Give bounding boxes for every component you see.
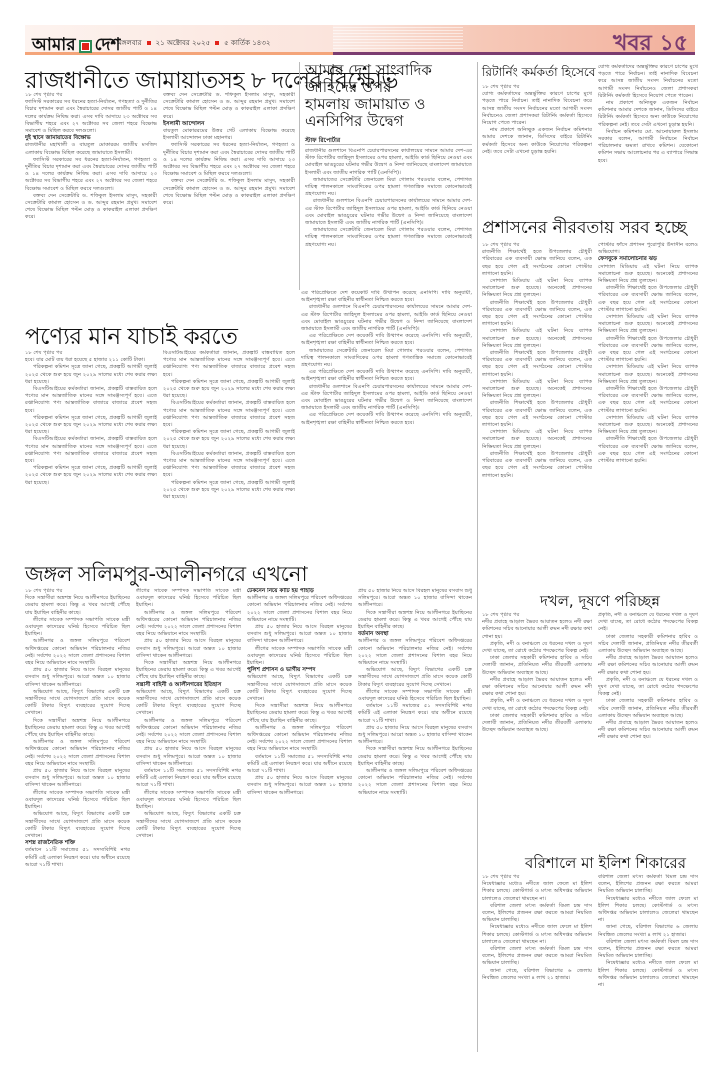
paragraph: দিকে সন্ত্রাসীরা অস্ত্রশস্ত্র নিয়ে আলীন… bbox=[25, 718, 130, 740]
paragraph: জানা গেছে, বরিশাল বিভাগের ৬ জেলায় নিবন্… bbox=[482, 968, 592, 982]
paragraph: বিএসটিআইয়ের কর্মকর্তারা জানান, প্রকল্পট… bbox=[163, 350, 295, 379]
paragraph: অভিযোগ আছে, বিদ্যুৎ বিভাগের একটি চক্র সন… bbox=[25, 811, 130, 840]
paragraph: যোগ্য কর্মকর্তাদের অন্তর্ভুক্তির কারণে চ… bbox=[598, 64, 698, 100]
brand-logo: আমার দেশ bbox=[32, 32, 120, 60]
paragraph: নদীর প্রবাহে আড়াল ভৈরব আয়াতন হলেও নদী … bbox=[598, 655, 698, 677]
headline-prosashon: প্রশাসনের নীরবতায় সরব হচ্ছে bbox=[482, 215, 687, 243]
paragraph: নদীর প্রবাহে আড়াল ভৈরব আয়াতন হলেও নদী … bbox=[482, 677, 592, 699]
subheading: ফেসবুকে সমালোচনার ঝড় bbox=[598, 256, 698, 263]
paragraph: ফ্যাসিস্ট সরকারের সব ধরনের হত্যা-নির্যাত… bbox=[163, 142, 295, 178]
paragraph: নিষেধাজ্ঞার মধ্যেও নদীতে জাল ফেলে মা ইলি… bbox=[482, 881, 592, 903]
paragraph: সোশ্যাল মিডিয়ায় এই ঘটনা নিয়ে ব্যাপক স… bbox=[482, 429, 592, 451]
separator-dot-icon bbox=[147, 41, 151, 45]
paragraph: জামায়াতের সেক্রেটারি জেনারেল মিয়া গোলা… bbox=[301, 348, 472, 370]
article-bikkhobh-col2: বক্তব্য দেন সেক্রেটারি ড. শফিকুল ইসলাম ম… bbox=[163, 92, 295, 290]
article-dokhol-col2: প্রকৃতি, নদী ও বনাঞ্চলে যে ধরনের দখল ও দ… bbox=[598, 612, 698, 844]
paragraph: বরিশাল জেলা মৎস্য কর্মকর্তা বিমল চন্দ্র … bbox=[598, 939, 698, 961]
article-dokhol-col1: ১৮ শেষ পৃষ্ঠার পর নদীর প্রবাহে আড়াল ভৈর… bbox=[482, 612, 592, 844]
paragraph: পরিকল্পনা কমিশন সূত্রে জানা গেছে, প্রকল্… bbox=[25, 415, 157, 437]
date-gregorian: ২১ অক্টোবর ২০২৫ bbox=[156, 37, 211, 49]
paragraph: এর পরিপ্রেক্ষিতে দেশ কয়েকটি দাবি উত্থাপ… bbox=[301, 333, 472, 347]
paragraph: প্রকৃতি, নদী ও বনাঞ্চলে যে ধরনের দখল ও দ… bbox=[598, 612, 698, 634]
paragraph: ঢাকা জেলার সহকারী কমিশনার হাবিব ও সচিব দ… bbox=[482, 713, 592, 735]
dateline: মঙ্গলবার ২১ অক্টোবর ২০২৫ ৫ কার্তিক ১৪৩২ bbox=[118, 37, 270, 49]
article-ponno-col2: বিএসটিআইয়ের কর্মকর্তারা জানান, প্রকল্পট… bbox=[163, 350, 295, 558]
paragraph: অভিযোগ আছে, বিদ্যুৎ বিভাগের একটি চক্র সন… bbox=[136, 811, 241, 840]
paragraph: নাম প্রকাশে অনিচ্ছুক একজন নির্বাচন কমিশন… bbox=[482, 127, 592, 156]
headline-line: এনসিপির উদ্বেগ bbox=[305, 113, 432, 130]
decorative-stripes bbox=[333, 27, 463, 51]
paragraph: রাজনীতি শিক্ষার্থেই হতে উপজেলার চৌধুরী প… bbox=[482, 400, 592, 429]
paragraph: রাজনীতি শিক্ষার্থেই হতে উপজেলার চৌধুরী প… bbox=[598, 436, 698, 465]
paragraph: বিএসটিআইয়ের কর্মকর্তারা জানান, প্রকল্পট… bbox=[25, 386, 157, 415]
paragraph: জামায়াতের সেক্রেটারি জেনারেল মিয়া গোলা… bbox=[305, 177, 472, 199]
paragraph: রাজনীতি শিক্ষার্থেই হতে উপজেলার চৌধুরী প… bbox=[482, 350, 592, 379]
paragraph: রাজধানীর গুলশানে বিএনপি চেয়ারপারসনের কা… bbox=[301, 304, 472, 333]
paragraph: দিকে সন্ত্রাসীরা অস্ত্রশস্ত্র নিয়ে আলীন… bbox=[136, 660, 241, 682]
paragraph: বিএসটিআইয়ের কর্মকর্তারা জানান, প্রকল্পট… bbox=[163, 400, 295, 429]
article-prosashon-col2: পোস্টার ফাঁসে প্রশাসন পুরোপুরি উদাসীন বল… bbox=[598, 242, 698, 587]
paragraph: রাজধানীর গুলশানে বিএনপি চেয়ারপারসনের কা… bbox=[305, 148, 472, 177]
paragraph: ঢাকা জেলার সহকারী কমিশনার হাবিব ও সচিব দ… bbox=[598, 698, 698, 720]
paragraph: অভিযোগ আছে, বিদ্যুৎ বিভাগের একটি চক্র সন… bbox=[136, 689, 241, 718]
paragraph: জানা গেছে, বরিশাল বিভাগের ৬ জেলায় নিবন্… bbox=[598, 924, 698, 938]
headline-line: জাহিদের ওপর bbox=[305, 79, 432, 96]
paragraph: বিএসটিআইয়ের কর্মকর্তারা জানান, প্রকল্পট… bbox=[163, 451, 295, 480]
paragraph: লীগের সাবেক সম্পাদক সভাপতি সাবেক মন্ত্রী… bbox=[25, 617, 130, 639]
paragraph: বর্তমানে ১১টি সমাজের ৫১ সদস্যবিশিষ্ট নগর… bbox=[136, 768, 241, 790]
paragraph: প্রায় ৫০ হাজার নিয়ে আসে বিরহল মানুষের … bbox=[247, 624, 352, 646]
paragraph: পরিকল্পনা কমিশন সূত্রে জানা গেছে, প্রকল্… bbox=[25, 364, 157, 386]
paragraph: সোশ্যাল মিডিয়ায় এই ঘটনা নিয়ে ব্যাপক স… bbox=[598, 415, 698, 437]
article-jongol-col3: টেকনেন নিয়ে কাটি হয় পাহাড় আলীনগর ও জঙ… bbox=[247, 588, 352, 1058]
paragraph: দিকে সন্ত্রাসীরা অস্ত্রশস্ত্র নিয়ে আলীন… bbox=[358, 610, 472, 632]
paragraph: এর পরিপ্রেক্ষিতে দেশ কয়েকটি দাবি উত্থাপ… bbox=[301, 412, 472, 426]
paragraph: এর পরিপ্রেক্ষিতে দেশ কয়েকটি দাবি উত্থাপ… bbox=[301, 369, 472, 383]
headline-line: আমার দেশ সাংবাদিক bbox=[305, 62, 432, 79]
paragraph: রাজনীতি শিক্ষার্থেই হতে উপজেলার চৌধুরী প… bbox=[598, 336, 698, 365]
paragraph: রাজনীতি শিক্ষার্থেই হতে উপজেলার চৌধুরী প… bbox=[482, 451, 592, 480]
paragraph: প্রায় ৫০ হাজার নিয়ে আসে বিরহল মানুষের … bbox=[25, 667, 130, 689]
article-jongol-col2: লীগের সাবেক সম্পাদক সভাপতি সাবেক মন্ত্রী… bbox=[136, 588, 241, 1058]
paragraph: আলীনগর ও জঙ্গল সলিমপুরে পরিবেশ অধিদপ্তরে… bbox=[136, 718, 241, 747]
day: মঙ্গলবার bbox=[118, 37, 142, 49]
paragraph: প্রকৃতি, নদী ও বনাঞ্চলে যে ধরনের দখল ও দ… bbox=[482, 641, 592, 655]
paragraph: প্রায় ৫০ হাজার নিয়ে আসে বিরহল মানুষের … bbox=[358, 725, 472, 747]
paragraph: আলীনগর ও জঙ্গল সলিমপুরে পরিবেশ অধিদপ্তরে… bbox=[358, 638, 472, 667]
column-rule bbox=[299, 62, 300, 290]
section-label: খবর bbox=[613, 30, 652, 56]
paragraph: আলীনগর ও জঙ্গল সলিমপুরে পরিবেশ অধিদপ্তরে… bbox=[247, 725, 352, 754]
paragraph: বর্তমানে ১১টি সমাজের ৫১ সদস্যবিশিষ্ট নগর… bbox=[25, 847, 130, 869]
paragraph: পরিকল্পনা কমিশন সূত্রে জানা গেছে, প্রকল্… bbox=[163, 379, 295, 401]
subheading: ইসলামী আন্দোলন bbox=[163, 121, 295, 128]
paragraph: রাজনীতি শিক্ষার্থেই হতে উপজেলার চৌধুরী প… bbox=[598, 386, 698, 415]
paragraph: আলীনগর ও জঙ্গল সলিমপুরে পরিবেশ অধিদপ্তরে… bbox=[358, 768, 472, 797]
paragraph: নিষেধাজ্ঞার মধ্যেও নদীতে জাল ফেলে মা ইলি… bbox=[598, 896, 698, 925]
paragraph: ফ্যাসিস্ট সরকারের সব ধরনের হত্যা-নির্যাত… bbox=[25, 99, 157, 135]
paragraph: অভিযোগ আছে, বিদ্যুৎ বিভাগের একটি চক্র সন… bbox=[25, 689, 130, 718]
paragraph: লীগের সাবেক সম্পাদক সভাপতি সাবেক মন্ত্রী… bbox=[25, 790, 130, 812]
paragraph: নিষেধাজ্ঞার মধ্যেও নদীতে জাল ফেলে মা ইলি… bbox=[598, 960, 698, 989]
paragraph: রাজধানীর মহাখালী ও বায়তুল মোকাররম জাতীয… bbox=[25, 142, 157, 156]
brand-left: আমার bbox=[32, 32, 76, 60]
article-prosashon-col1: ১৮ শেষ পৃষ্ঠার পর রাজনীতি শিক্ষার্থেই হত… bbox=[482, 242, 592, 587]
headline-returning: রিটার্নিং কর্মকর্তা হিসেবে bbox=[482, 64, 595, 84]
article-ilish-col2: বরিশাল জেলা মৎস্য কর্মকর্তা বিমল চন্দ্র … bbox=[598, 874, 698, 1054]
brand-right: দেশ bbox=[95, 32, 121, 60]
paragraph: প্রায় ৫০ হাজার নিয়ে আসে বিরহল মানুষের … bbox=[358, 588, 472, 610]
paragraph: বিএসটিআইয়ের কর্মকর্তারা জানান, প্রকল্পট… bbox=[25, 436, 157, 465]
paragraph: নদীর প্রবাহে আড়াল ভৈরব আয়াতন হলেও নদী … bbox=[482, 619, 592, 641]
paragraph: অভিযোগ আছে, বিদ্যুৎ বিভাগের একটি চক্র সন… bbox=[358, 667, 472, 689]
paragraph: প্রায় ৫০ হাজার নিয়ে আসে বিরহল মানুষের … bbox=[136, 746, 241, 768]
paragraph: সোশ্যাল মিডিয়ায় এই ঘটনা নিয়ে ব্যাপক স… bbox=[482, 278, 592, 300]
paragraph: প্রায় ৫০ হাজার নিয়ে আসে বিরহল মানুষের … bbox=[136, 638, 241, 660]
paragraph: বরিশাল জেলা মৎস্য কর্মকর্তা বিমল চন্দ্র … bbox=[598, 874, 698, 896]
paragraph: যোগ্য কর্মকর্তাদের অন্তর্ভুক্তির কারণে চ… bbox=[482, 91, 592, 127]
paragraph: সোশ্যাল মিডিয়ায় এই ঘটনা নিয়ে ব্যাপক স… bbox=[482, 328, 592, 350]
paragraph: রাজধানীর গুলশানে বিএনপি চেয়ারপারসনের কা… bbox=[305, 198, 472, 227]
divider bbox=[305, 144, 472, 145]
article-journalist-cont: এর পরিপ্রেক্ষিতে দেশ কয়েকটি দাবি উত্থাপ… bbox=[301, 290, 472, 558]
paragraph: এর পরিপ্রেক্ষিতে দেশ কয়েকটি দাবি উত্থাপ… bbox=[301, 290, 472, 304]
article-journalist-body: রাজধানীর গুলশানে বিএনপি চেয়ারপারসনের কা… bbox=[305, 148, 472, 290]
paragraph: রাজনীতি শিক্ষার্থেই হতে উপজেলার চৌধুরী প… bbox=[482, 300, 592, 329]
paragraph: বায়তুল মোকাররমের উত্তর গেট এলাকায় বিক্… bbox=[163, 128, 295, 142]
paragraph: পরিকল্পনা কমিশন সূত্রে জানা গেছে, প্রকল্… bbox=[163, 429, 295, 451]
paragraph: বর্তমানে ১১টি সমাজের ৫১ সদস্যবিশিষ্ট নগর… bbox=[247, 754, 352, 776]
article-jongol-col1: ১৮ শেষ পৃষ্ঠার পর দিকে সন্ত্রাসীরা অস্ত্… bbox=[25, 588, 130, 1058]
paragraph: লীগের সাবেক সম্পাদক সভাপতি সাবেক মন্ত্রী… bbox=[136, 790, 241, 812]
paragraph: রাজধানীর গুলশানে বিএনপি চেয়ারপারসনের কা… bbox=[301, 384, 472, 413]
paragraph: সোশ্যাল মিডিয়ায় এই ঘটনা নিয়ে ব্যাপক স… bbox=[598, 314, 698, 336]
paragraph: সোশ্যাল মিডিয়ায় এই ঘটনা নিয়ে ব্যাপক স… bbox=[482, 379, 592, 401]
paragraph: পরিকল্পনা কমিশন সূত্রে জানা গেছে, প্রকল্… bbox=[25, 465, 157, 487]
paragraph: নিষেধাজ্ঞার মধ্যেও নদীতে জাল ফেলে মা ইলি… bbox=[482, 924, 592, 946]
paragraph: সোশ্যাল মিডিয়ায় এই ঘটনা নিয়ে ব্যাপক স… bbox=[598, 264, 698, 286]
paragraph: দিকে সন্ত্রাসীরা অস্ত্রশস্ত্র নিয়ে আলীন… bbox=[247, 703, 352, 725]
date-bangla: ৫ কার্তিক ১৪৩২ bbox=[224, 37, 270, 49]
paragraph: দিকে সন্ত্রাসীরা অস্ত্রশস্ত্র নিয়ে আলীন… bbox=[25, 595, 130, 617]
paragraph: প্রায় ৫০ হাজার নিয়ে আসে বিরহল মানুষের … bbox=[25, 768, 130, 790]
article-ilish-col1: ১৮ শেষ পৃষ্ঠার পর নিষেধাজ্ঞার মধ্যেও নদী… bbox=[482, 874, 592, 1054]
paragraph: প্রকৃতি, নদী ও বনাঞ্চলে যে ধরনের দখল ও দ… bbox=[482, 698, 592, 712]
paragraph: বক্তব্য দেন সেক্রেটারি ড. শফিকুল ইসলাম ম… bbox=[163, 178, 295, 207]
paragraph: আলীনগর ও জঙ্গল সলিমপুরে পরিবেশ অধিদপ্তরে… bbox=[247, 595, 352, 624]
section-title: খবর ১৫ bbox=[613, 26, 688, 63]
paragraph: লীগের সাবেক সম্পাদক সভাপতি সাবেক মন্ত্রী… bbox=[136, 588, 241, 610]
paragraph: রাজনীতি শিক্ষার্থেই হতে উপজেলার চৌধুরী প… bbox=[598, 285, 698, 314]
paragraph: পরিকল্পনা কমিশন সূত্রে জানা গেছে, প্রকল্… bbox=[163, 480, 295, 502]
paragraph: ঢাকা জেলার সহকারী কমিশনার হাবিব ও সচিব দ… bbox=[598, 634, 698, 656]
paragraph: ফ্যাসিস্ট সরকারের সব ধরনের হত্যা-নির্যাত… bbox=[25, 157, 157, 193]
paragraph: নদীর প্রবাহে আড়াল ভৈরব আয়াতন হলেও নদী … bbox=[598, 720, 698, 742]
paragraph: বক্তব্য দেন সেক্রেটারি ড. শফিকুল ইসলাম ম… bbox=[25, 193, 157, 222]
paragraph: প্রায় ৫০ হাজার নিয়ে আসে বিরহল মানুষের … bbox=[247, 775, 352, 797]
article-ponno-col1: ১৮ শেষ পৃষ্ঠার পর হবে। যার মোট ব্যয় ধরা… bbox=[25, 350, 157, 558]
paragraph: আলীনগর ও জঙ্গল সলিমপুরে পরিবেশ অধিদপ্তরে… bbox=[136, 610, 241, 639]
paragraph: বক্তব্য দেন সেক্রেটারি ড. শফিকুল ইসলাম ম… bbox=[163, 92, 295, 121]
page-number: ১৫ bbox=[659, 30, 688, 56]
paragraph: লীগের সাবেক সম্পাদক সভাপতি সাবেক মন্ত্রী… bbox=[358, 689, 472, 703]
article-returning-col2: যোগ্য কর্মকর্তাদের অন্তর্ভুক্তির কারণে চ… bbox=[598, 64, 698, 214]
paragraph: নির্বাচন কমিশনার মো. আনোয়ারুল ইসলাম সরক… bbox=[598, 129, 698, 165]
article-bikkhobh-col1: ১৮ শেষ পৃষ্ঠার পর ফ্যাসিস্ট সরকারের সব ধ… bbox=[25, 92, 157, 290]
flag-icon bbox=[79, 40, 92, 53]
paragraph: আলীনগর ও জঙ্গল সলিমপুরে পরিবেশ অধিদপ্তরে… bbox=[25, 638, 130, 667]
paragraph: রাজনীতি শিক্ষার্থেই হতে উপজেলার চৌধুরী প… bbox=[482, 249, 592, 278]
paragraph: জামায়াতের সেক্রেটারি জেনারেল মিয়া গোলা… bbox=[305, 227, 472, 249]
paragraph: পোস্টার ফাঁসে প্রশাসন পুরোপুরি উদাসীন বল… bbox=[598, 242, 698, 256]
paragraph: ঢাকা জেলার সহকারী কমিশনার হাবিব ও সচিব দ… bbox=[482, 655, 592, 677]
paragraph: অভিযোগ আছে, বিদ্যুৎ বিভাগের একটি চক্র সন… bbox=[247, 674, 352, 703]
article-returning-col1: ১৮ শেষ পৃষ্ঠার পর যোগ্য কর্মকর্তাদের অন্… bbox=[482, 84, 592, 214]
article-jongol-col4: প্রায় ৫০ হাজার নিয়ে আসে বিরহল মানুষের … bbox=[358, 588, 472, 1058]
paragraph: লীগের সাবেক সম্পাদক সভাপতি সাবেক মন্ত্রী… bbox=[247, 646, 352, 668]
paragraph: প্রকৃতি, নদী ও বনাঞ্চলে যে ধরনের দখল ও দ… bbox=[598, 677, 698, 699]
headline-journalist: আমার দেশ সাংবাদিক জাহিদের ওপর হামলায় জা… bbox=[305, 62, 432, 130]
paragraph: বরিশাল জেলা মৎস্য কর্মকর্তা বিমল চন্দ্র … bbox=[482, 903, 592, 925]
paragraph: বরিশাল জেলা মৎস্য কর্মকর্তা বিমল চন্দ্র … bbox=[482, 946, 592, 968]
paragraph: নাম প্রকাশে অনিচ্ছুক একজন নির্বাচন কমিশন… bbox=[598, 100, 698, 129]
paragraph: বর্তমানে ১১টি সমাজের ৫১ সদস্যবিশিষ্ট নগর… bbox=[358, 703, 472, 725]
paragraph: আলীনগর ও জঙ্গল সলিমপুরে পরিবেশ অধিদপ্তরে… bbox=[25, 739, 130, 768]
separator-dot-icon bbox=[215, 41, 219, 45]
paragraph: দিকে সন্ত্রাসীরা অস্ত্রশস্ত্র নিয়ে আলীন… bbox=[358, 746, 472, 768]
subheading: সন্ত্রাসী বাহিনী ও আলীনগরের ইতিহাস bbox=[136, 682, 241, 689]
headline-line: হামলায় জামায়াত ও bbox=[305, 96, 432, 113]
paragraph: সোশ্যাল মিডিয়ায় এই ঘটনা নিয়ে ব্যাপক স… bbox=[598, 364, 698, 386]
column-rule bbox=[477, 62, 478, 1052]
